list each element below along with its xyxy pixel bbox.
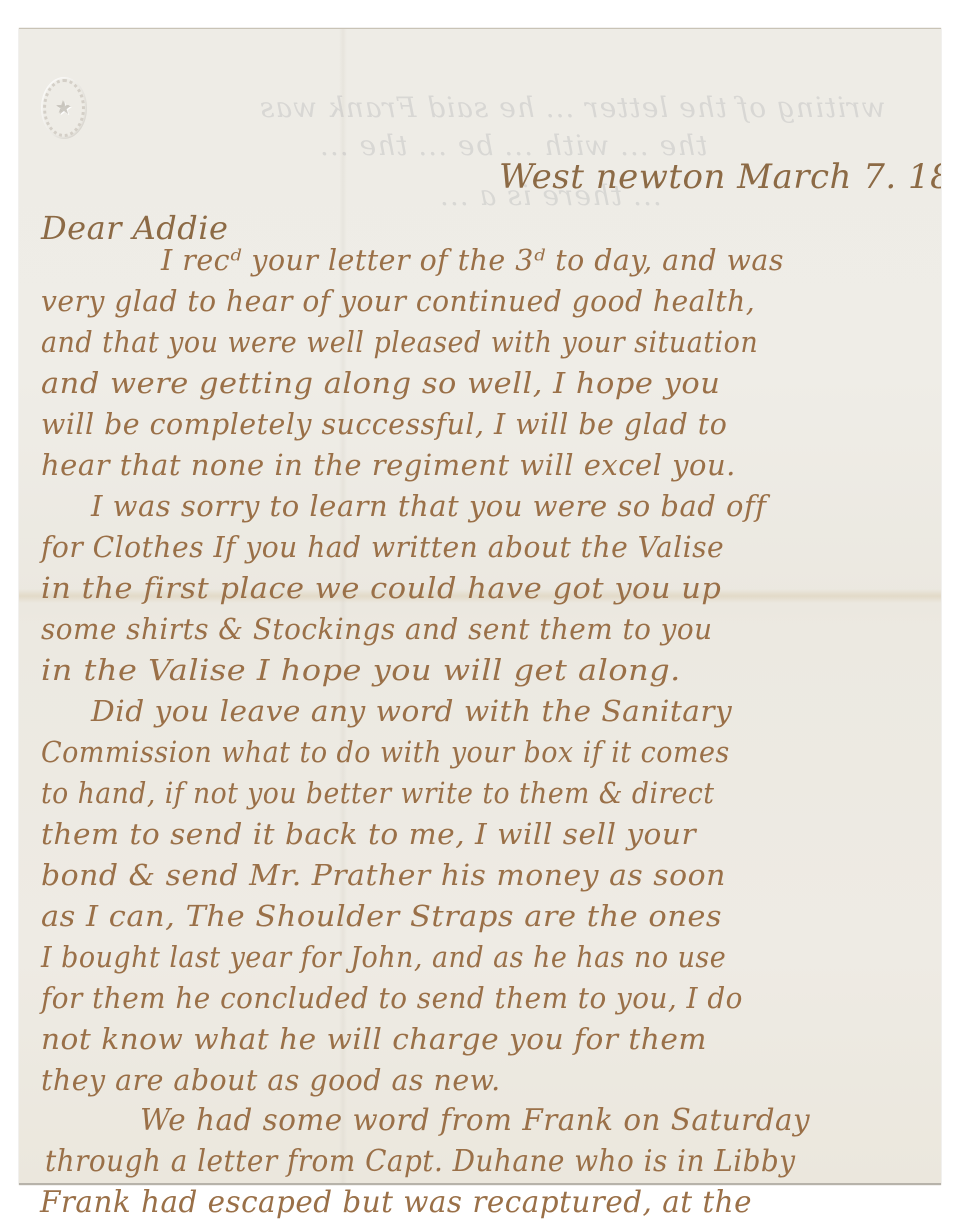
letter-line: some shirts & Stockings and sent them to…: [41, 612, 713, 646]
letter-line: I was sorry to learn that you were so ba…: [91, 489, 766, 523]
letter-page: ★ writing of the letter ... he said Fran…: [19, 28, 941, 1185]
letter-line: and were getting along so well, I hope y…: [41, 366, 720, 400]
letter-line: I bought last year for John, and as he h…: [41, 940, 726, 974]
letter-line: for them he concluded to send them to yo…: [41, 981, 743, 1015]
wreath-icon: [43, 79, 85, 137]
letter-line: We had some word from Frank on Saturday: [140, 1103, 810, 1138]
letter-line: as I can, The Shoulder Straps are the on…: [41, 899, 722, 933]
letter-line: Frank had escaped but was recaptured, at…: [40, 1185, 752, 1200]
letter-line: through a letter from Capt. Duhane who i…: [45, 1144, 795, 1179]
letter-salutation: Dear Addie: [41, 209, 228, 247]
letter-dateline: West newton March 7. 1864: [499, 157, 941, 197]
letter-line: them to send it back to me, I will sell …: [41, 817, 696, 851]
letter-line: not know what he will charge you for the…: [41, 1022, 707, 1056]
letter-line: I recᵈ your letter of the 3ᵈ to day, and…: [161, 243, 784, 277]
letter-line: they are about as good as new.: [41, 1063, 501, 1097]
letter-line: and that you were well pleased with your…: [41, 325, 758, 359]
letter-line: to hand, if not you better write to them…: [41, 776, 714, 810]
letter-line: hear that none in the regiment will exce…: [41, 448, 736, 482]
letter-line: Did you leave any word with the Sanitary: [91, 694, 732, 728]
letter-line: in the first place we could have got you…: [41, 571, 721, 605]
letter-line: in the Valise I hope you will get along.: [41, 653, 681, 687]
letter-line: very glad to hear of your continued good…: [41, 284, 755, 318]
bleed-through-text: writing of the letter ... he said Frank …: [259, 91, 886, 124]
letter-line: will be completely successful, I will be…: [41, 407, 727, 441]
letter-line: Commission what to do with your box if i…: [41, 735, 730, 769]
embossed-seal-icon: ★: [41, 77, 87, 139]
letter-line: bond & send Mr. Prather his money as soo…: [41, 858, 726, 892]
letter-line: for Clothes If you had written about the…: [41, 530, 724, 564]
